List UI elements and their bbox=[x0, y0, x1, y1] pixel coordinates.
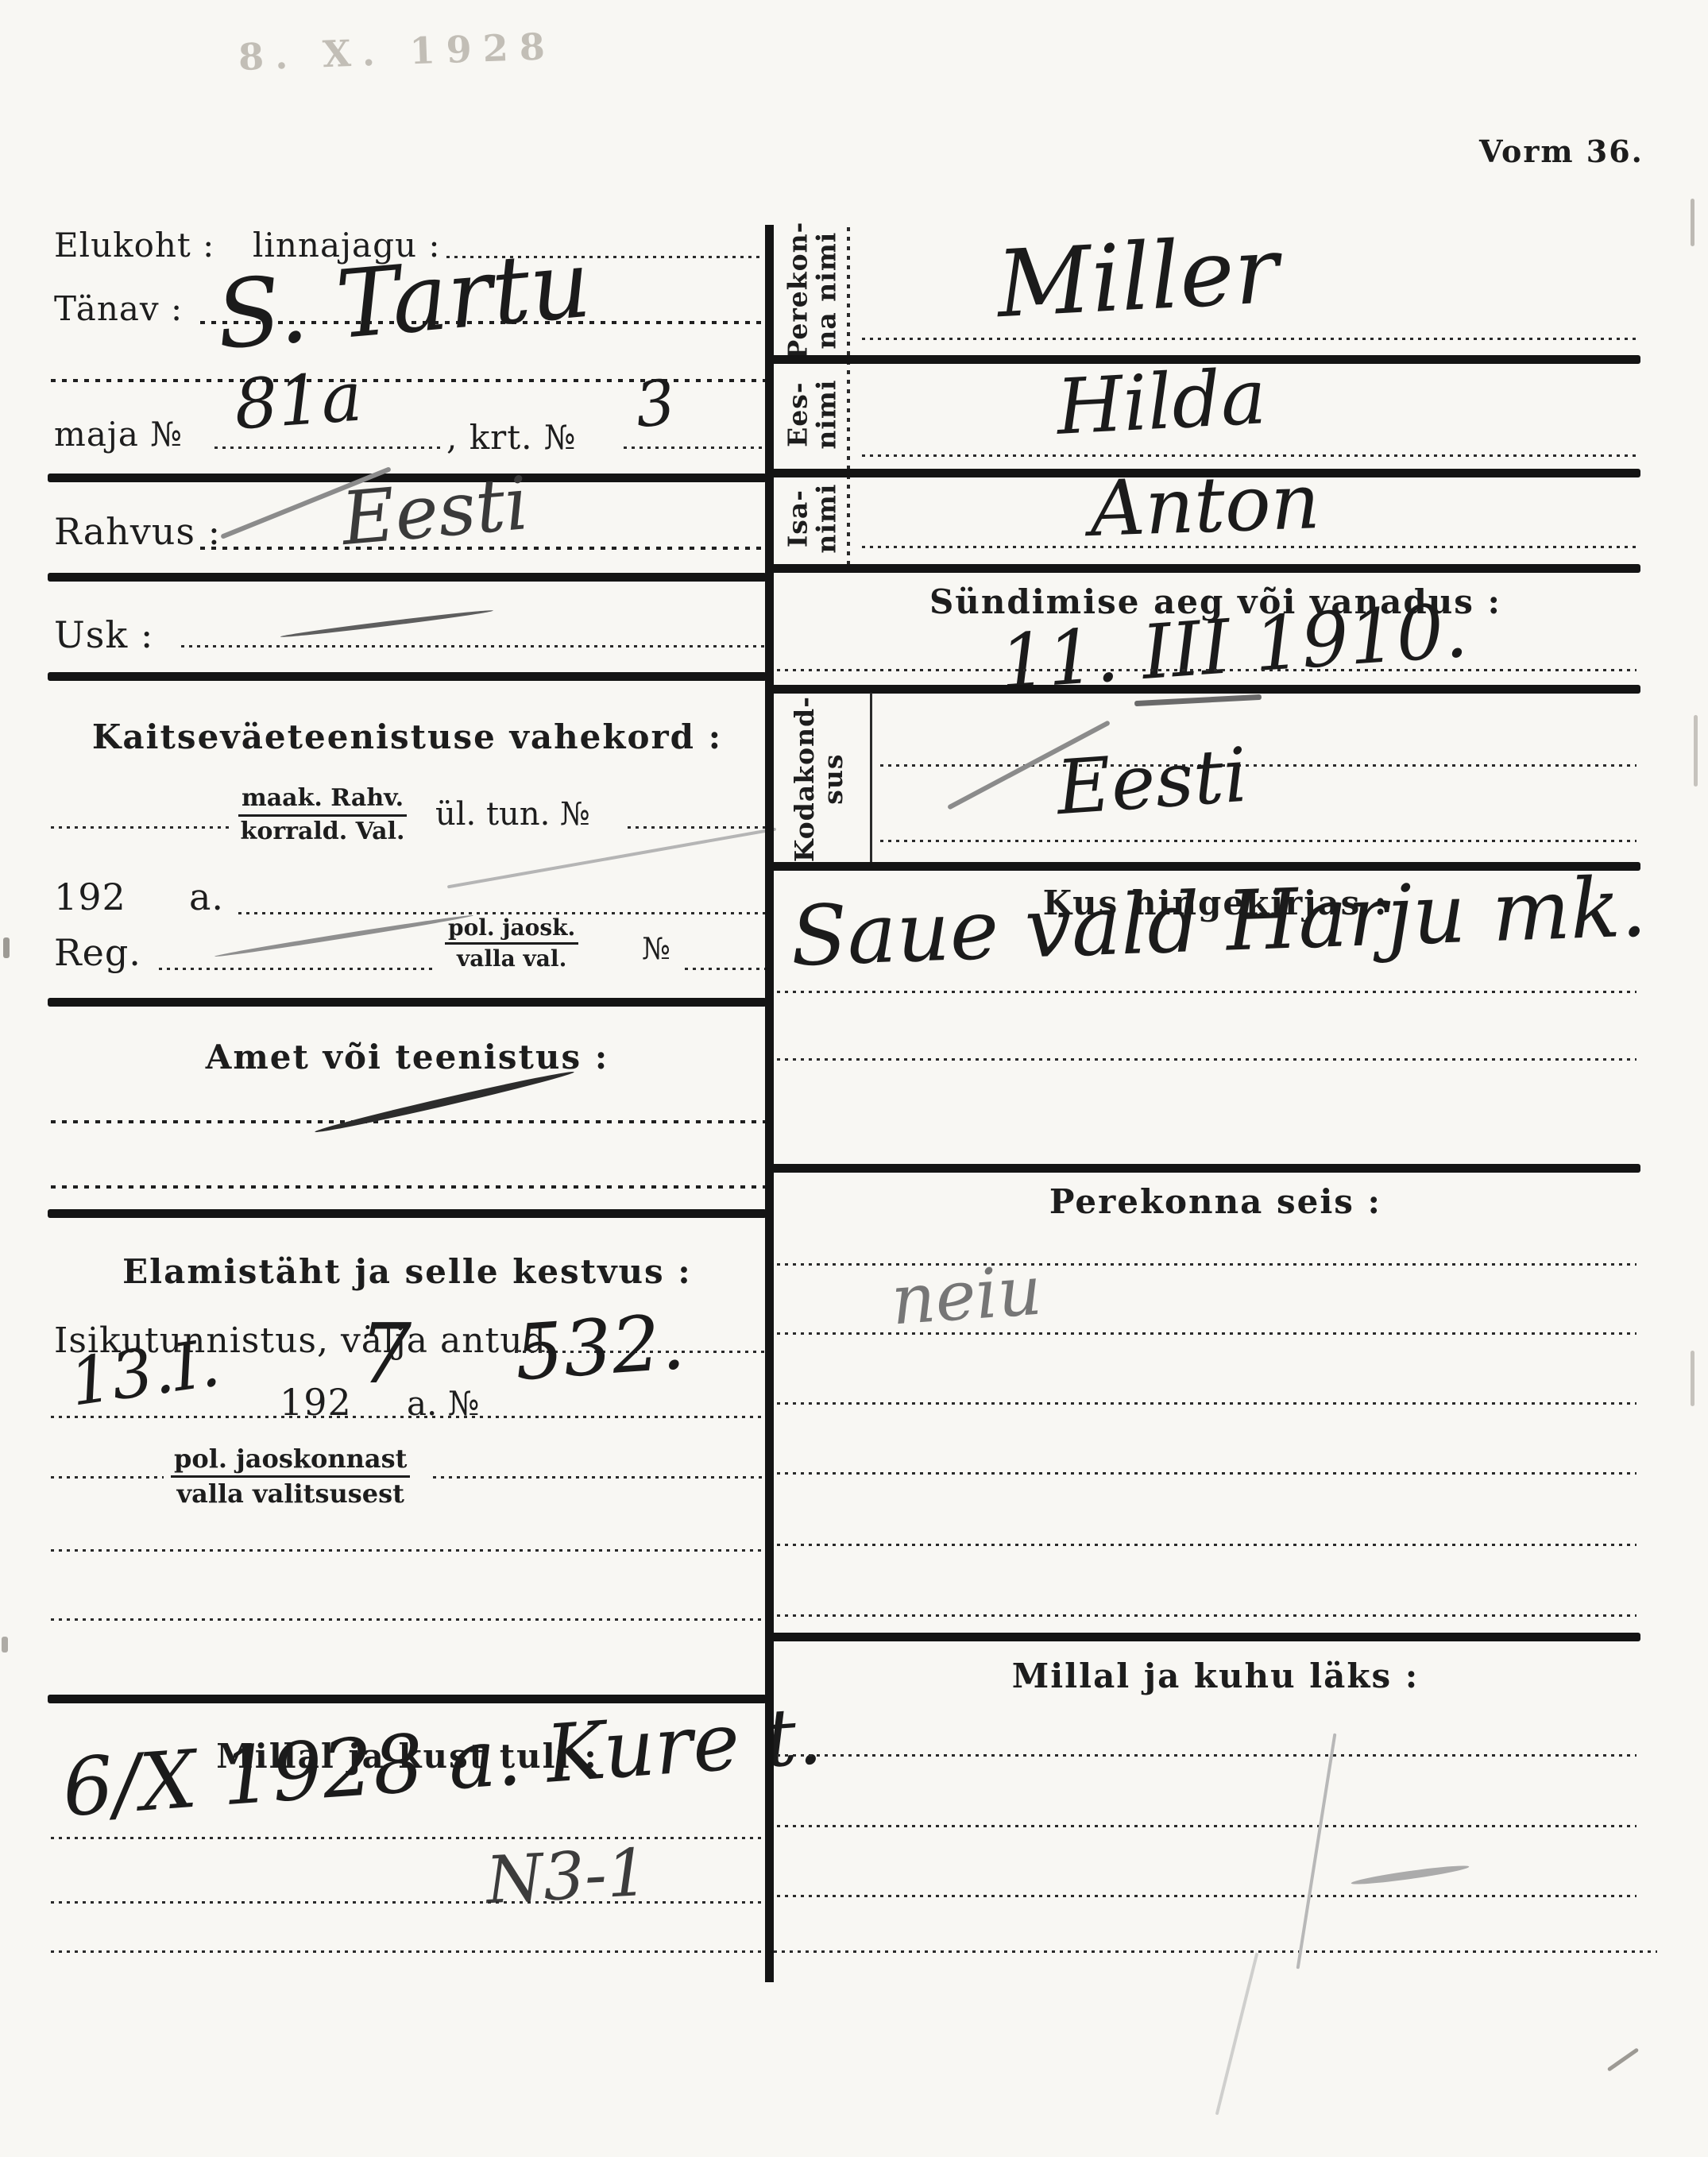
eesnimi-label-line1: Ees- bbox=[783, 380, 812, 450]
rahvus-label: Rahvus : bbox=[54, 510, 221, 553]
usk-dotted-line bbox=[181, 645, 766, 647]
left-empty-dotted-line-2 bbox=[51, 1618, 766, 1621]
scan-edge-mark bbox=[1691, 1351, 1694, 1406]
kaitse-heading: Kaitseväeteenistuse vahekord : bbox=[48, 717, 767, 756]
perekonnanimi-dotted-line bbox=[862, 338, 1637, 340]
scan-edge-mark bbox=[1691, 199, 1694, 246]
eesnimi-handwriting: Hilda bbox=[1055, 358, 1268, 446]
pol-jaosk-label: pol. jaosk. bbox=[445, 915, 578, 945]
maak-rahv-label: maak. Rahv. bbox=[238, 785, 407, 817]
pol-jaosk-fraction: pol. jaosk. valla val. bbox=[445, 915, 578, 972]
krt-label: , krt. № bbox=[446, 418, 577, 457]
left-empty-dotted-line-1 bbox=[51, 1549, 766, 1552]
sundimise-dotted-line bbox=[777, 669, 1637, 671]
reg-dotted-line-right bbox=[685, 968, 766, 970]
millal-tuli-handwriting: 6/X 1928 a. Kure t. bbox=[60, 1696, 825, 1829]
perekonna-seis-dotted-line-6 bbox=[777, 1614, 1637, 1617]
registration-card-scan: 8. X. 1928 Vorm 36. Elukoht : linnajagu … bbox=[0, 0, 1708, 2157]
amet-dotted-line-1 bbox=[51, 1120, 766, 1123]
valla-val-label: valla val. bbox=[445, 945, 578, 972]
isanimi-label: Isa- nimi bbox=[775, 478, 848, 559]
divider-bar bbox=[765, 564, 1640, 573]
perekonnanimi-label: Perekon- na nimi bbox=[775, 229, 848, 352]
perekonna-seis-heading: Perekonna seis : bbox=[775, 1182, 1656, 1221]
perekonna-seis-dotted-line-5 bbox=[777, 1544, 1637, 1546]
kodakondsus-handwriting: Eesti bbox=[1054, 739, 1250, 827]
isik-year-handwriting: 7 bbox=[359, 1312, 412, 1395]
eesnimi-label: Ees- nimi bbox=[775, 367, 848, 462]
maja-number-handwriting: 81a bbox=[232, 362, 364, 439]
amet-dash-handwriting bbox=[314, 1068, 575, 1135]
isik-date-handwriting: 13.I. bbox=[66, 1331, 223, 1416]
korrald-val-label: korrald. Val. bbox=[238, 817, 407, 846]
scan-edge-mark bbox=[1694, 715, 1698, 787]
reg-pencil-stroke bbox=[214, 913, 474, 959]
scan-corner-mark bbox=[1607, 2047, 1640, 2071]
amet-heading: Amet või teenistus : bbox=[48, 1038, 767, 1077]
kaitse-dotted-line-right bbox=[628, 826, 766, 829]
jaoskonnast-dotted-line-left bbox=[51, 1476, 164, 1479]
ul-tun-label: ül. tun. № bbox=[435, 796, 590, 833]
kodakondsus-column-rule bbox=[870, 693, 872, 862]
perekonna-seis-handwriting: neiu bbox=[889, 1257, 1044, 1336]
pol-jaoskonnast-fraction: pol. jaoskonnast valla valitsusest bbox=[171, 1444, 410, 1509]
divider-bar bbox=[48, 1209, 767, 1218]
millal-laks-heading: Millal ja kuhu läks : bbox=[775, 1656, 1656, 1695]
scan-edge-mark bbox=[2, 1637, 8, 1653]
kodakondsus-label-line2: sus bbox=[819, 696, 848, 862]
elamistaht-heading: Elamistäht ja selle kestvus : bbox=[48, 1252, 767, 1291]
jaoskonnast-dotted-line-right bbox=[433, 1476, 766, 1479]
amet-dotted-line-2 bbox=[51, 1185, 766, 1189]
year-pencil-stroke bbox=[447, 828, 776, 889]
pencil-scribble-mark bbox=[1296, 1734, 1337, 1970]
kodakondsus-dotted-line-1 bbox=[880, 764, 1637, 767]
elukoht-label: Elukoht : bbox=[54, 226, 214, 265]
perekonnanimi-handwriting: Miller bbox=[995, 225, 1281, 331]
divider-bar bbox=[48, 672, 767, 681]
divider-bar bbox=[48, 998, 767, 1007]
hingekirjas-handwriting: Saue vald Harju mk. bbox=[790, 865, 1648, 978]
perekonnanimi-label-line2: na nimi bbox=[812, 222, 840, 360]
isanimi-label-line2: nimi bbox=[812, 484, 840, 554]
perekonna-seis-dotted-line-3 bbox=[777, 1402, 1637, 1405]
maak-rahv-fraction: maak. Rahv. korrald. Val. bbox=[238, 785, 407, 845]
millal-tuli-dotted-line-2 bbox=[51, 1901, 766, 1904]
reg-label: Reg. bbox=[54, 931, 141, 974]
bottom-dotted-line bbox=[51, 1950, 1657, 1953]
perekonnanimi-label-line1: Perekon- bbox=[783, 222, 812, 360]
rahvus-handwriting: Eesti bbox=[338, 467, 531, 556]
maja-label: maja № bbox=[54, 415, 183, 454]
usk-label: Usk : bbox=[54, 613, 153, 656]
isanimi-label-line1: Isa- bbox=[783, 484, 812, 554]
pencil-scribble-mark bbox=[1215, 1953, 1259, 2116]
krt-number-handwriting: 3 bbox=[632, 372, 678, 438]
divider-bar bbox=[765, 685, 1640, 694]
millal-tuli-dotted-line-1 bbox=[51, 1837, 766, 1839]
kaitse-dotted-line-left bbox=[51, 826, 232, 829]
isanimi-handwriting: Anton bbox=[1088, 463, 1321, 547]
millal-laks-dotted-line-3 bbox=[777, 1895, 1637, 1897]
tanav-label: Tänav : bbox=[54, 289, 183, 328]
valla-valitsusest-label: valla valitsusest bbox=[171, 1478, 410, 1509]
kodakondsus-dotted-line-2 bbox=[880, 840, 1637, 842]
kodakondsus-label-line1: Kodakond- bbox=[790, 696, 819, 862]
date-stamp: 8. X. 1928 bbox=[238, 25, 556, 79]
reg-dotted-line-left bbox=[159, 968, 433, 970]
isik-number-handwriting: 532. bbox=[512, 1304, 687, 1392]
divider-bar bbox=[48, 573, 767, 582]
isanimi-dotted-line bbox=[862, 546, 1637, 548]
millal-laks-dotted-line-1 bbox=[777, 1754, 1637, 1757]
pencil-scribble-mark bbox=[1351, 1863, 1470, 1888]
year-prefix-label: 192 bbox=[54, 876, 126, 918]
a-label: a. bbox=[189, 876, 224, 918]
tanav-handwriting: S. Tartu bbox=[213, 237, 594, 363]
divider-bar bbox=[765, 1633, 1640, 1641]
krt-dotted-line bbox=[624, 446, 765, 449]
form-code: Vorm 36. bbox=[1479, 133, 1644, 169]
perekonna-seis-dotted-line-4 bbox=[777, 1472, 1637, 1475]
reg-no-sign: № bbox=[642, 931, 670, 966]
isik-dotted-line bbox=[51, 1416, 766, 1418]
divider-bar bbox=[765, 1164, 1640, 1173]
eesnimi-dotted-line bbox=[862, 454, 1637, 457]
eesnimi-label-line2: nimi bbox=[812, 380, 840, 450]
kodakondsus-label: Kodakond- sus bbox=[775, 698, 863, 860]
center-divider-bar bbox=[765, 225, 774, 1982]
millal-laks-dotted-line-2 bbox=[777, 1825, 1637, 1827]
right-empty-dotted-line-1 bbox=[777, 1058, 1637, 1061]
usk-dash-handwriting bbox=[280, 609, 494, 640]
maja-dotted-line bbox=[214, 446, 441, 449]
perekonna-seis-dotted-line-2 bbox=[777, 1332, 1637, 1335]
pol-jaoskonnast-label: pol. jaoskonnast bbox=[171, 1444, 410, 1478]
hingekirjas-dotted-line bbox=[777, 991, 1637, 993]
scan-edge-mark bbox=[3, 937, 10, 958]
